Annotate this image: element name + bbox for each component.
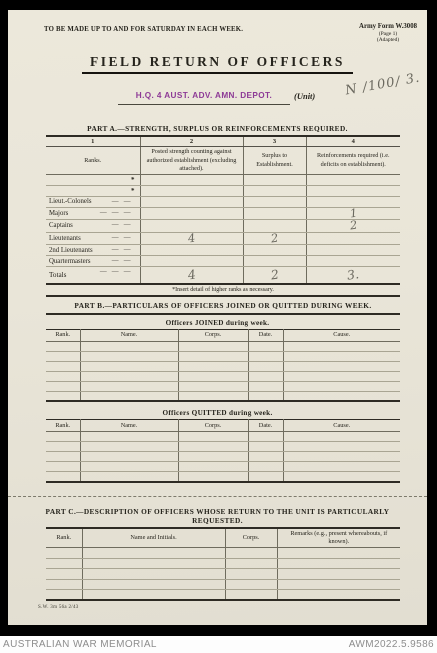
empty-cell (248, 432, 283, 442)
roster-empty-row (46, 452, 400, 462)
part-a-row: Captains— —2 (46, 220, 400, 233)
handwritten-value: 4 (187, 232, 196, 244)
leader-dashes: — — (112, 246, 131, 253)
printer-code: S.W. 3m 56a 2/43 (38, 605, 427, 610)
empty-cell (46, 361, 80, 371)
roster-empty-row (46, 351, 400, 361)
rank-label: 2nd Lieutenants (49, 247, 93, 254)
roster-empty-row (46, 579, 400, 590)
handwritten-value: 1 (349, 207, 358, 219)
empty-cell (80, 442, 178, 452)
part-a-row: 2nd Lieutenants— — (46, 245, 400, 256)
rank-label: Captains (49, 222, 73, 229)
roster-empty-row (46, 548, 400, 559)
empty-cell (283, 462, 400, 472)
roster-header-row: Rank.Name.Corps.Date.Cause. (46, 329, 400, 341)
part-a-number-row: 1234 (46, 136, 400, 147)
column-header-cell: Ranks. (46, 147, 140, 174)
empty-cell (82, 590, 225, 601)
weekly-instruction-text: TO BE MADE UP TO AND FOR SATURDAY IN EAC… (44, 23, 243, 43)
reinforcements-cell (306, 174, 400, 185)
roster-empty-row (46, 361, 400, 371)
reinforcements-cell (306, 185, 400, 196)
part-a-title: PART A.—STRENGTH, SURPLUS OR REINFORCEME… (8, 124, 427, 133)
rank-cell: Lieut.-Colonels— — (46, 196, 140, 207)
empty-cell (277, 590, 400, 601)
posted-cell (140, 174, 243, 185)
posted-cell (140, 207, 243, 220)
column-header-cell: Name. (80, 420, 178, 432)
column-header-cell: Rank. (46, 528, 82, 548)
empty-cell (82, 548, 225, 559)
empty-cell (46, 442, 80, 452)
screenshot-root: { "header": { "instruction": "TO BE MADE… (0, 0, 437, 653)
empty-cell (46, 351, 80, 361)
column-header-cell: Date. (248, 329, 283, 341)
part-c-table: Rank.Name and Initials.Corps.Remarks (e.… (46, 527, 400, 602)
part-a-row: Lieut.-Colonels— — (46, 196, 400, 207)
leader-dashes: — — — (100, 268, 131, 275)
surplus-cell (243, 196, 306, 207)
leader-dashes: — — — (100, 209, 131, 216)
empty-cell (46, 462, 80, 472)
rank-cell: * (46, 185, 140, 196)
part-a-row: Majors— — —1 (46, 207, 400, 220)
reinforcements-cell: 2 (306, 220, 400, 233)
empty-cell (46, 432, 80, 442)
empty-cell (178, 391, 248, 401)
column-header-cell: Rank. (46, 420, 80, 432)
handwritten-value: 2 (349, 220, 358, 232)
column-number-cell: 4 (306, 136, 400, 147)
officers-joined-title: Officers JOINED during week. (8, 319, 427, 327)
roster-empty-row (46, 432, 400, 442)
empty-cell (46, 472, 80, 482)
empty-cell (225, 569, 277, 580)
empty-cell (46, 558, 82, 569)
column-header-cell: Name. (80, 329, 178, 341)
column-number-cell: 3 (243, 136, 306, 147)
empty-cell (277, 558, 400, 569)
reinforcements-cell (306, 196, 400, 207)
rank-cell: Majors— — — (46, 207, 140, 220)
column-header-cell: Surplus to Establishment. (243, 147, 306, 174)
surplus-cell: 2 (243, 267, 306, 284)
empty-cell (283, 351, 400, 361)
column-header-cell: Corps. (178, 420, 248, 432)
column-number-cell: 2 (140, 136, 243, 147)
rank-cell: Totals— — — (46, 267, 140, 284)
roster-header-row: Rank.Name.Corps.Date.Cause. (46, 420, 400, 432)
empty-cell (80, 472, 178, 482)
empty-cell (283, 391, 400, 401)
empty-cell (248, 462, 283, 472)
empty-cell (248, 442, 283, 452)
roster-empty-row (46, 558, 400, 569)
empty-cell (225, 548, 277, 559)
empty-cell (46, 569, 82, 580)
leader-dashes: — — (112, 257, 131, 264)
empty-cell (283, 432, 400, 442)
empty-cell (248, 472, 283, 482)
column-header-cell: Rank. (46, 329, 80, 341)
empty-cell (82, 558, 225, 569)
part-a-row: Quartermasters— — (46, 256, 400, 267)
empty-cell (178, 381, 248, 391)
leader-dashes: — — (112, 234, 131, 241)
empty-cell (46, 590, 82, 601)
empty-cell (46, 341, 80, 351)
empty-cell (46, 381, 80, 391)
empty-cell (283, 341, 400, 351)
roster-empty-row (46, 391, 400, 401)
footnote-asterisk: * (131, 187, 135, 195)
empty-cell (283, 452, 400, 462)
rank-label: Lieut.-Colonels (49, 198, 91, 205)
empty-cell (46, 391, 80, 401)
part-a-footnote: *Insert detail of higher ranks as necess… (46, 285, 400, 297)
rank-label: Lieutenants (49, 235, 81, 242)
column-header-cell: Cause. (283, 420, 400, 432)
empty-cell (248, 371, 283, 381)
empty-cell (80, 432, 178, 442)
column-header-cell: Posted strength counting against authori… (140, 147, 243, 174)
roster-empty-row (46, 341, 400, 351)
reinforcements-cell (306, 245, 400, 256)
army-form-adapted: (Adapted) (359, 37, 417, 43)
surplus-cell (243, 207, 306, 220)
empty-cell (80, 361, 178, 371)
surplus-cell (243, 245, 306, 256)
empty-cell (80, 391, 178, 401)
empty-cell (178, 361, 248, 371)
leader-dashes: — — (112, 221, 131, 228)
reinforcements-cell: 1 (306, 207, 400, 220)
column-header-cell: Corps. (178, 329, 248, 341)
surplus-cell: 2 (243, 232, 306, 245)
rank-label: Totals (49, 271, 66, 279)
posted-cell (140, 185, 243, 196)
part-a-row: Lieutenants— —42 (46, 232, 400, 245)
title-wrap: FIELD RETURN OF OFFICERS (8, 53, 427, 74)
unit-write-line: H.Q. 4 AUST. ADV. AMN. DEPOT. (118, 85, 290, 105)
posted-cell (140, 245, 243, 256)
empty-cell (283, 442, 400, 452)
handwritten-value: 4 (187, 268, 197, 281)
unit-label: (Unit) (294, 91, 315, 101)
posted-cell: 4 (140, 267, 243, 284)
part-a-row: * (46, 174, 400, 185)
empty-cell (46, 452, 80, 462)
roster-empty-row (46, 462, 400, 472)
empty-cell (178, 462, 248, 472)
posted-cell (140, 220, 243, 233)
surplus-cell (243, 174, 306, 185)
handwritten-reference: N /100/ 3. (345, 71, 422, 99)
empty-cell (80, 381, 178, 391)
empty-cell (283, 472, 400, 482)
roster-empty-row (46, 590, 400, 601)
column-header-cell: Remarks (e.g., present whereabouts, if k… (277, 528, 400, 548)
empty-cell (283, 371, 400, 381)
leader-dashes: — — (112, 198, 131, 205)
empty-cell (80, 351, 178, 361)
part-a-row: * (46, 185, 400, 196)
scanned-form-page: TO BE MADE UP TO AND FOR SATURDAY IN EAC… (8, 10, 427, 625)
rank-cell: * (46, 174, 140, 185)
part-c-title-line2: REQUESTED. (8, 516, 427, 525)
part-a-header-row: Ranks.Posted strength counting against a… (46, 147, 400, 174)
empty-cell (178, 341, 248, 351)
empty-cell (82, 579, 225, 590)
rank-cell: Lieutenants— — (46, 232, 140, 245)
awm-institution-label: AUSTRALIAN WAR MEMORIAL (3, 639, 157, 650)
empty-cell (248, 452, 283, 462)
empty-cell (80, 452, 178, 462)
empty-cell (277, 579, 400, 590)
unit-row: H.Q. 4 AUST. ADV. AMN. DEPOT. (Unit) N /… (8, 83, 427, 115)
empty-cell (277, 569, 400, 580)
empty-cell (178, 351, 248, 361)
surplus-cell (243, 185, 306, 196)
unit-rubber-stamp: H.Q. 4 AUST. ADV. AMN. DEPOT. (136, 91, 272, 100)
officers-quitted-table: Rank.Name.Corps.Date.Cause. (46, 419, 400, 483)
empty-cell (248, 351, 283, 361)
empty-cell (46, 371, 80, 381)
roster-empty-row (46, 472, 400, 482)
rank-cell: Quartermasters— — (46, 256, 140, 267)
empty-cell (248, 391, 283, 401)
form-top-row: TO BE MADE UP TO AND FOR SATURDAY IN EAC… (44, 23, 417, 43)
rank-cell: 2nd Lieutenants— — (46, 245, 140, 256)
surplus-cell (243, 256, 306, 267)
posted-cell (140, 196, 243, 207)
empty-cell (225, 590, 277, 601)
empty-cell (283, 381, 400, 391)
roster-empty-row (46, 371, 400, 381)
empty-cell (178, 442, 248, 452)
officers-joined-table: Rank.Name.Corps.Date.Cause. (46, 329, 400, 403)
empty-cell (277, 548, 400, 559)
roster-empty-row (46, 442, 400, 452)
empty-cell (80, 341, 178, 351)
empty-cell (178, 432, 248, 442)
army-form-id-block: Army Form W.3008 (Page 1) (Adapted) (359, 23, 417, 43)
empty-cell (178, 472, 248, 482)
column-header-cell: Date. (248, 420, 283, 432)
part-a-totals-row: Totals— — —423. (46, 267, 400, 284)
posted-cell (140, 256, 243, 267)
empty-cell (80, 462, 178, 472)
part-b-title: PART B.—PARTICULARS OF OFFICERS JOINED O… (46, 297, 400, 315)
reinforcements-cell: 3. (306, 267, 400, 284)
empty-cell (248, 361, 283, 371)
awm-caption-bar: AUSTRALIAN WAR MEMORIAL AWM2022.5.9586 (0, 636, 437, 653)
rank-label: Majors (49, 210, 68, 217)
column-header-cell: Corps. (225, 528, 277, 548)
empty-cell (248, 381, 283, 391)
roster-empty-row (46, 569, 400, 580)
surplus-cell (243, 220, 306, 233)
part-a-table: 1234Ranks.Posted strength counting again… (46, 135, 400, 284)
roster-header-row: Rank.Name and Initials.Corps.Remarks (e.… (46, 528, 400, 548)
empty-cell (82, 569, 225, 580)
empty-cell (225, 558, 277, 569)
awm-accession-number: AWM2022.5.9586 (349, 639, 434, 650)
footnote-asterisk: * (131, 176, 135, 184)
rank-label: Quartermasters (49, 258, 91, 265)
column-number-cell: 1 (46, 136, 140, 147)
empty-cell (178, 371, 248, 381)
page-title: FIELD RETURN OF OFFICERS (82, 54, 353, 74)
posted-cell: 4 (140, 232, 243, 245)
officers-quitted-title: Officers QUITTED during week. (8, 409, 427, 417)
column-header-cell: Cause. (283, 329, 400, 341)
empty-cell (225, 579, 277, 590)
perforation-dashed-line (8, 496, 427, 497)
empty-cell (80, 371, 178, 381)
empty-cell (46, 579, 82, 590)
part-c-title-line1: PART C.—DESCRIPTION OF OFFICERS WHOSE RE… (8, 507, 427, 516)
reinforcements-cell (306, 232, 400, 245)
reinforcements-cell (306, 256, 400, 267)
empty-cell (178, 452, 248, 462)
handwritten-value: 2 (270, 232, 279, 244)
army-form-number: Army Form W.3008 (359, 23, 417, 31)
empty-cell (46, 548, 82, 559)
part-c-title: PART C.—DESCRIPTION OF OFFICERS WHOSE RE… (8, 507, 427, 525)
handwritten-value: 3. (346, 268, 360, 282)
column-header-cell: Reinforcements required (i.e. deficits o… (306, 147, 400, 174)
column-header-cell: Name and Initials. (82, 528, 225, 548)
empty-cell (283, 361, 400, 371)
empty-cell (248, 341, 283, 351)
rank-cell: Captains— — (46, 220, 140, 233)
roster-empty-row (46, 381, 400, 391)
handwritten-value: 2 (270, 268, 280, 281)
